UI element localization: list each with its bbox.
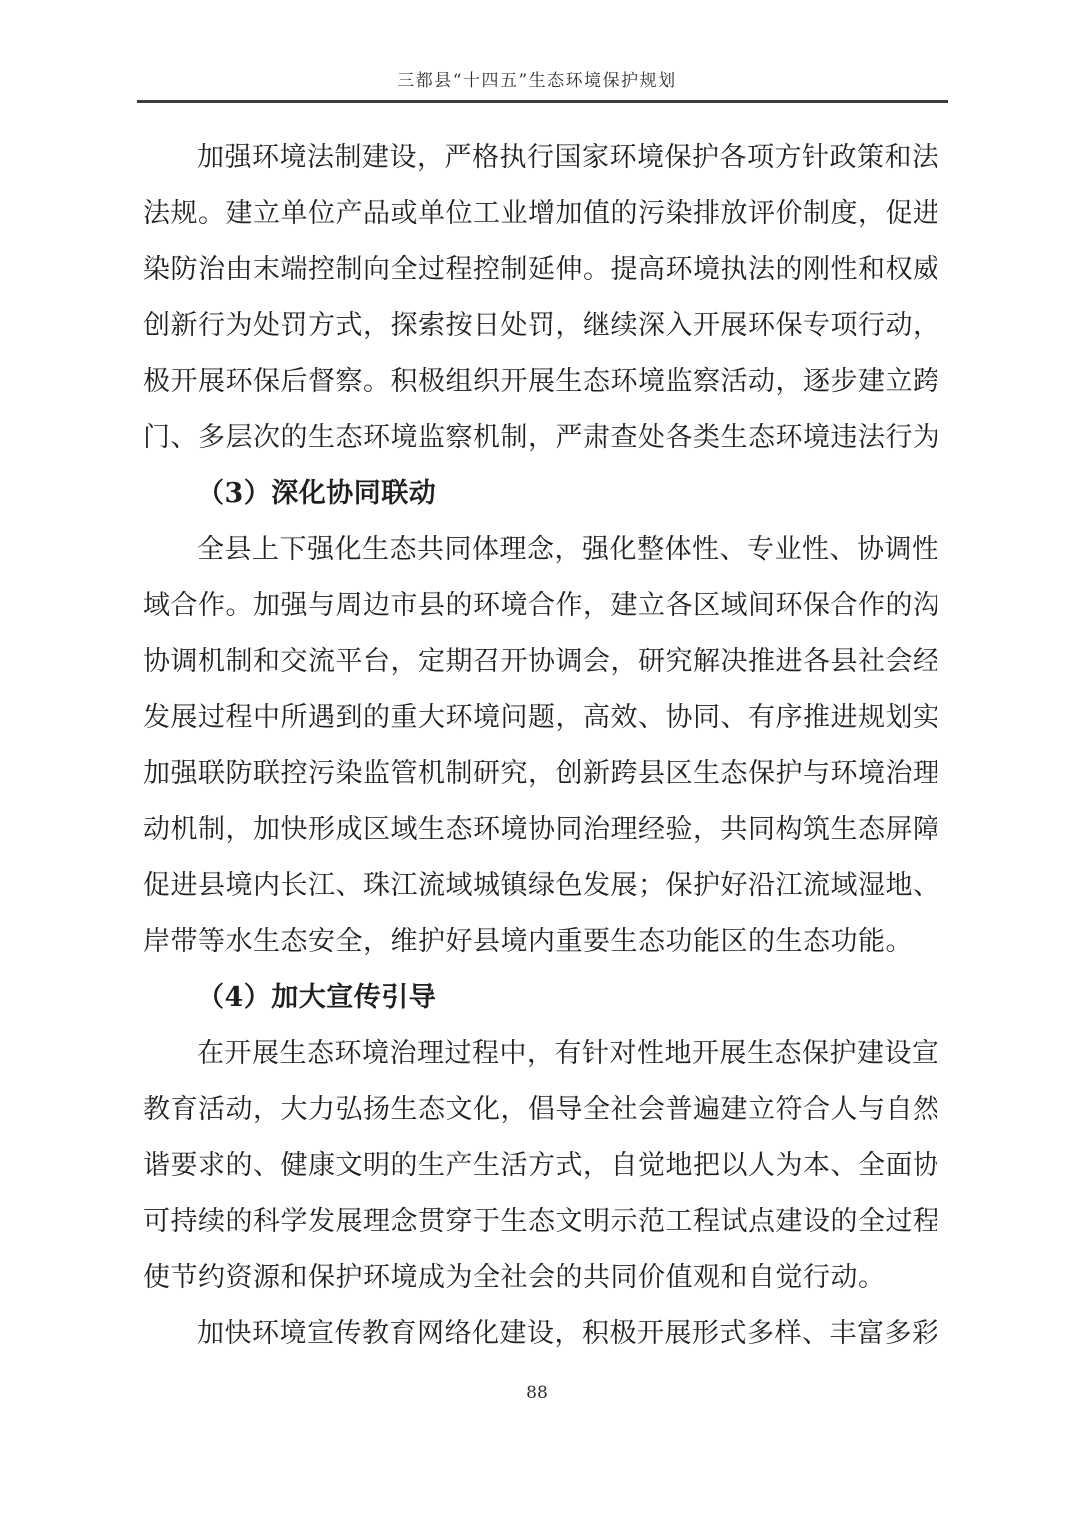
text-line: 域合作。加强与周边市县的环境合作，建立各区域间环保合作的沟通: [143, 578, 937, 634]
text-line: 可持续的科学发展理念贯穿于生态文明示范工程试点建设的全过程，: [143, 1194, 937, 1250]
paragraph: 加快环境宣传教育网络化建设，积极开展形式多样、丰富多彩环: [143, 1306, 937, 1362]
paragraph: 在开展生态环境治理过程中，有针对性地开展生态保护建设宣传教育活动，大力弘扬生态文…: [143, 1026, 937, 1306]
text-line: 创新行为处罚方式，探索按日处罚，继续深入开展环保专项行动，积: [143, 298, 937, 354]
text-line: 协调机制和交流平台，定期召开协调会，研究解决推进各县社会经济: [143, 634, 937, 690]
section-heading: （3）深化协同联动: [143, 466, 937, 522]
text-line: 发展过程中所遇到的重大环境问题，高效、协同、有序推进规划实施。: [143, 690, 937, 746]
text-line: 教育活动，大力弘扬生态文化，倡导全社会普遍建立符合人与自然和: [143, 1082, 937, 1138]
text-line: 加强联防联控污染监管机制研究，创新跨县区生态保护与环境治理联: [143, 746, 937, 802]
text-line: 使节约资源和保护环境成为全社会的共同价值观和自觉行动。: [143, 1250, 937, 1306]
section-heading: （4）加大宣传引导: [143, 970, 937, 1026]
page-header-title: 三都县“十四五”生态环境保护规划: [0, 66, 1074, 91]
paragraph: 加强环境法制建设，严格执行国家环境保护各项方针政策和法律法规。建立单位产品或单位…: [143, 130, 937, 466]
text-line: 加快环境宣传教育网络化建设，积极开展形式多样、丰富多彩环: [143, 1306, 937, 1362]
text-line: 动机制，加快形成区域生态环境协同治理经验，共同构筑生态屏障，: [143, 802, 937, 858]
text-line: 促进县境内长江、珠江流域城镇绿色发展；保护好沿江流域湿地、河: [143, 858, 937, 914]
text-line: 门、多层次的生态环境监察机制，严肃查处各类生态环境违法行为。: [143, 410, 937, 466]
text-line: 法规。建立单位产品或单位工业增加值的污染排放评价制度，促进污: [143, 186, 937, 242]
page-number: 88: [0, 1383, 1074, 1403]
text-line: 在开展生态环境治理过程中，有针对性地开展生态保护建设宣传: [143, 1026, 937, 1082]
text-line: 加强环境法制建设，严格执行国家环境保护各项方针政策和法律: [143, 130, 937, 186]
paragraph: 全县上下强化生态共同体理念，强化整体性、专业性、协调性区域合作。加强与周边市县的…: [143, 522, 937, 970]
text-line: 极开展环保后督察。积极组织开展生态环境监察活动，逐步建立跨部: [143, 354, 937, 410]
text-line: 岸带等水生态安全，维护好县境内重要生态功能区的生态功能。: [143, 914, 937, 970]
document-page: 三都县“十四五”生态环境保护规划 加强环境法制建设，严格执行国家环境保护各项方针…: [0, 0, 1074, 1520]
text-line: 染防治由末端控制向全过程控制延伸。提高环境执法的刚性和权威，: [143, 242, 937, 298]
document-body: 加强环境法制建设，严格执行国家环境保护各项方针政策和法律法规。建立单位产品或单位…: [143, 130, 937, 1362]
header-rule: [137, 100, 948, 103]
text-line: 谐要求的、健康文明的生产生活方式，自觉地把以人为本、全面协调: [143, 1138, 937, 1194]
text-line: 全县上下强化生态共同体理念，强化整体性、专业性、协调性区: [143, 522, 937, 578]
